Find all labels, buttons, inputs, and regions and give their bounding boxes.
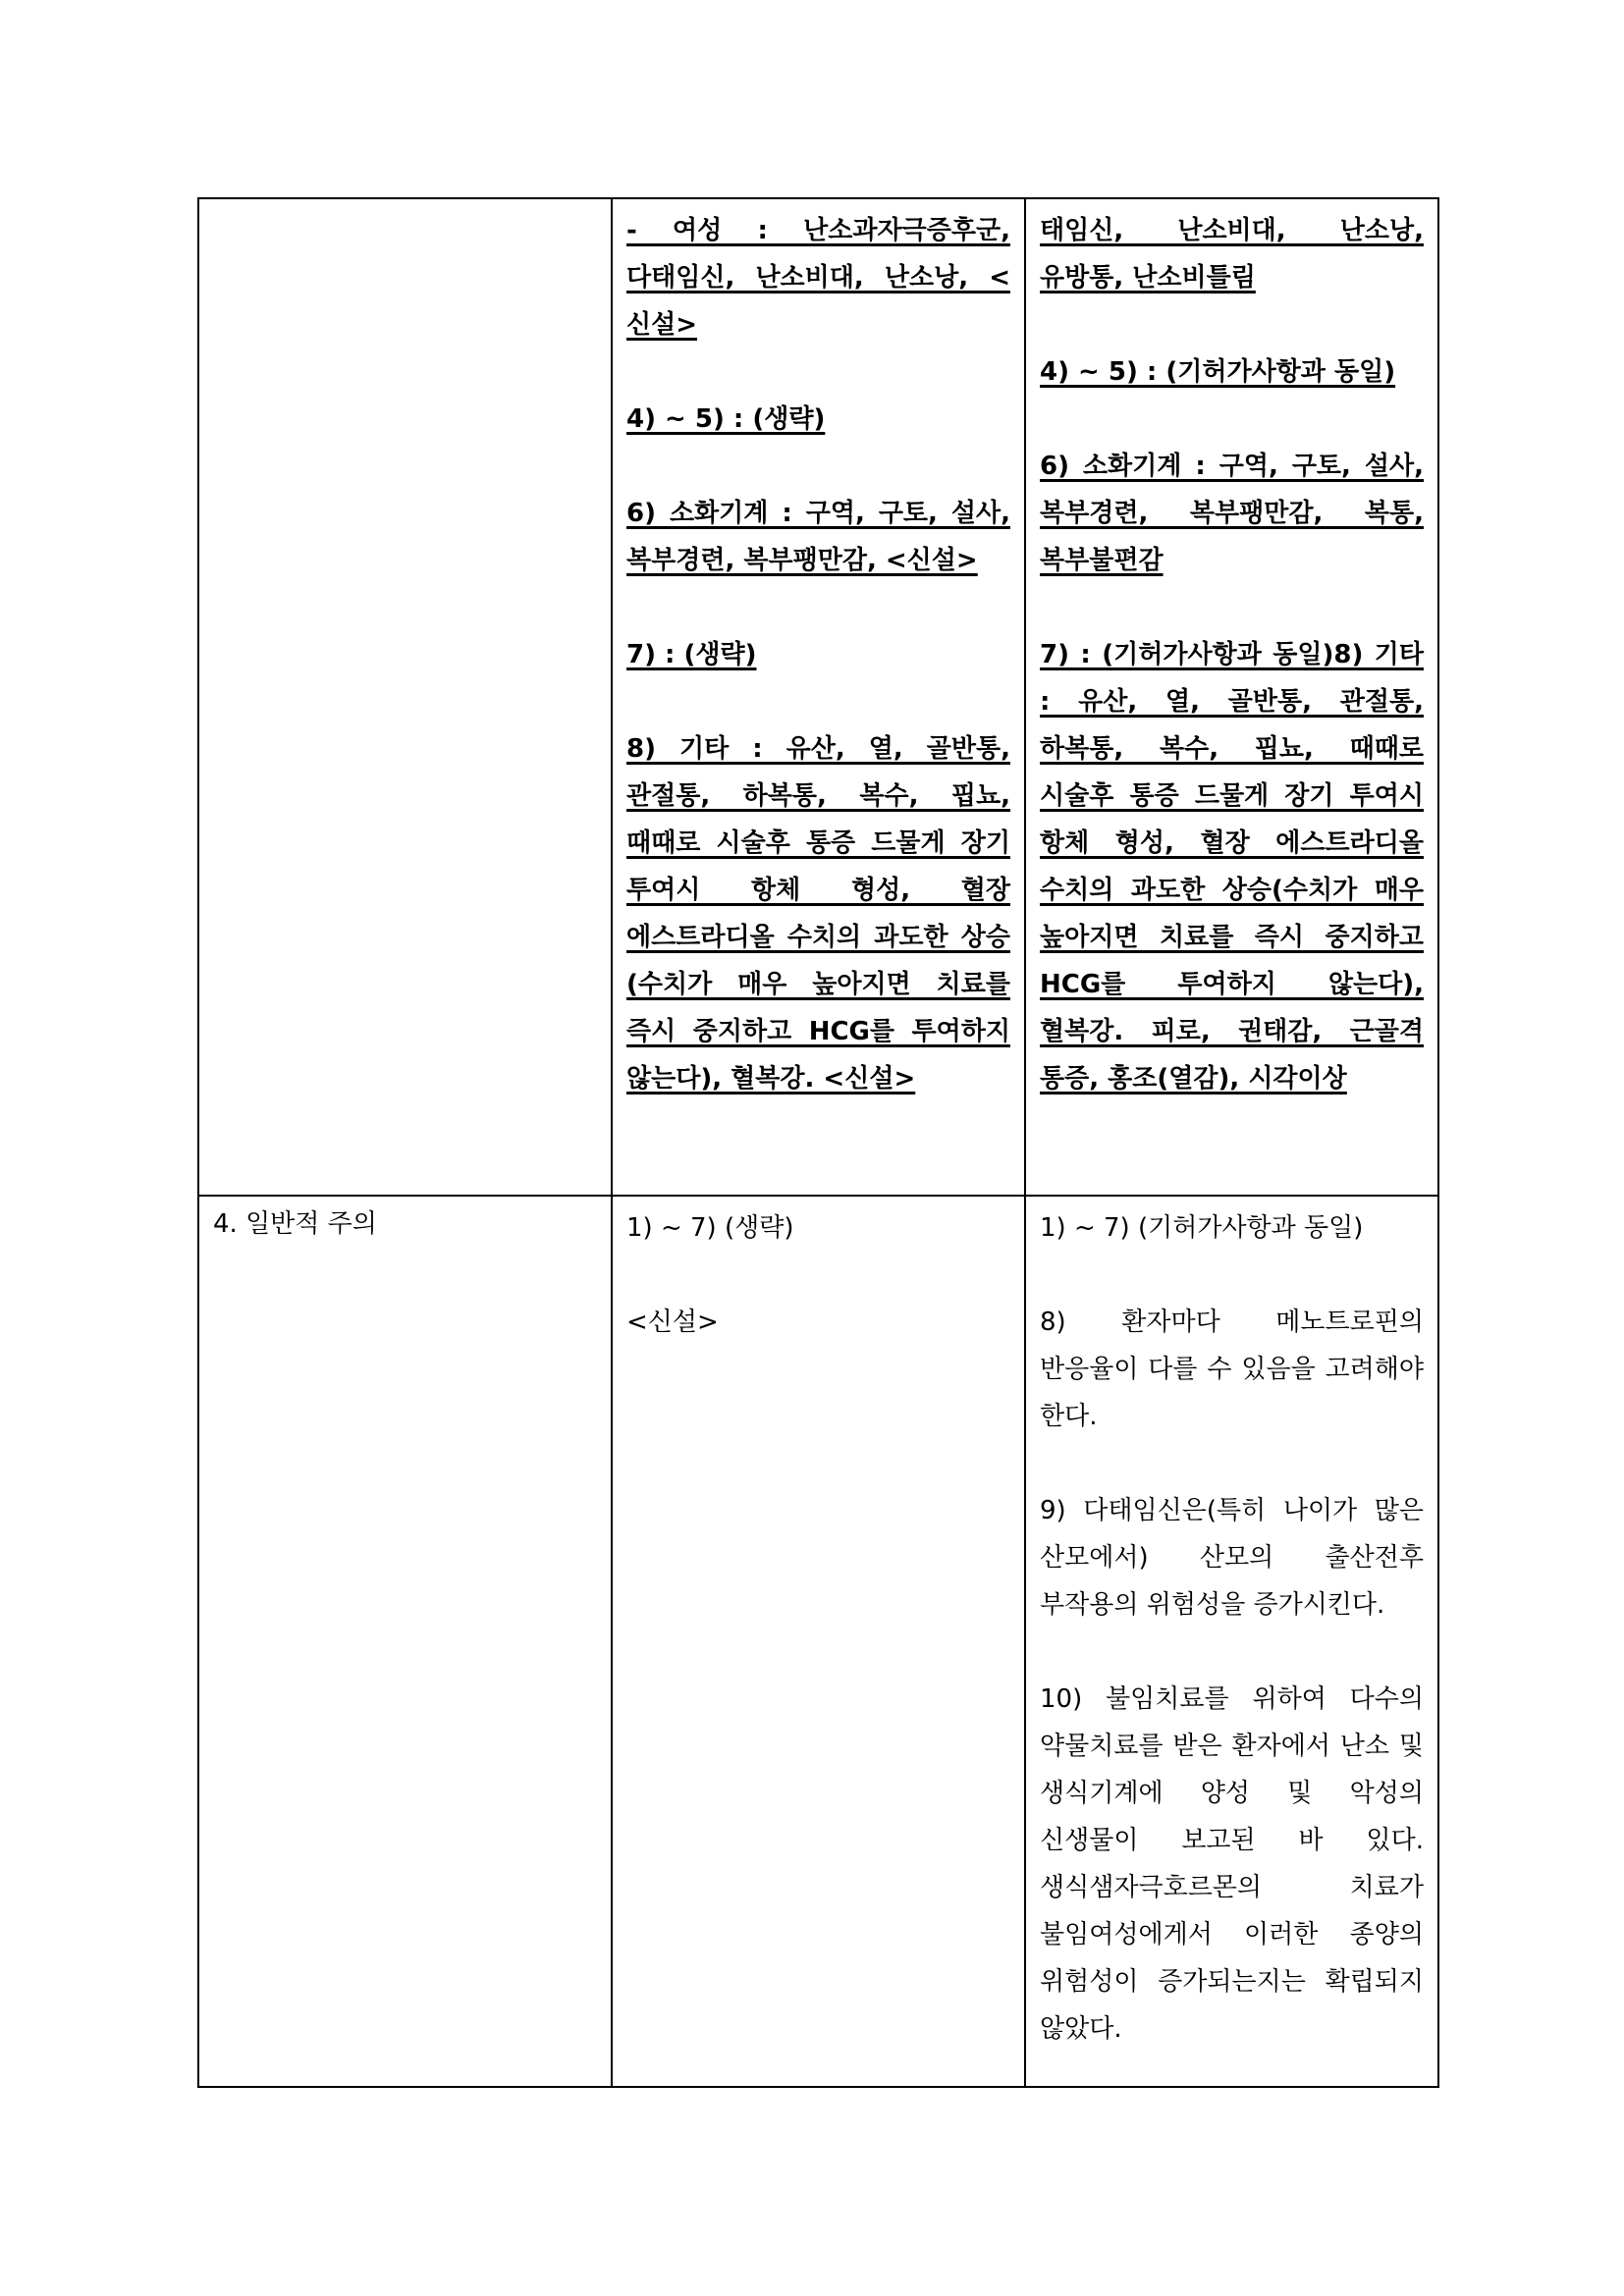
paragraph: 1) ~ 7) (생략) — [626, 1204, 1010, 1252]
table-row: 4. 일반적 주의 1) ~ 7) (생략) <신설> 1) ~ 7) (기허가… — [198, 1196, 1438, 2087]
amended-paragraph: 4) ~ 5) : (기허가사항과 동일) — [1040, 348, 1424, 396]
amended-paragraph: 4) ~ 5) : (생략) — [626, 396, 1010, 443]
amended-paragraph: 7) : (기허가사항과 동일)8) 기타 : 유산, 열, 골반통, 관절통,… — [1040, 631, 1424, 1102]
current-text-cell: - 여성 : 난소과자극증후군, 다태임신, 난소비대, 난소낭, <신설> 4… — [612, 198, 1025, 1196]
amended-paragraph: - 여성 : 난소과자극증후군, 다태임신, 난소비대, 난소낭, <신설> — [626, 207, 1010, 348]
section-label-cell: 4. 일반적 주의 — [198, 1196, 612, 2087]
section-label-cell — [198, 198, 612, 1196]
table-row: - 여성 : 난소과자극증후군, 다태임신, 난소비대, 난소낭, <신설> 4… — [198, 198, 1438, 1196]
amended-paragraph: 6) 소화기계 : 구역, 구토, 설사, 복부경련, 복부팽만감, 복통, 복… — [1040, 443, 1424, 584]
current-text-cell: 1) ~ 7) (생략) <신설> — [612, 1196, 1025, 2087]
paragraph: 9) 다태임신은(특히 나이가 많은 산모에서) 산모의 출산전후 부작용의 위… — [1040, 1487, 1424, 1629]
paragraph: <신설> — [626, 1299, 1010, 1346]
paragraph: 8) 환자마다 메노트로핀의 반응율이 다를 수 있음을 고려해야 한다. — [1040, 1299, 1424, 1440]
amended-paragraph: 태임신, 난소비대, 난소낭, 유방통, 난소비틀림 — [1040, 207, 1424, 301]
revised-text-cell: 1) ~ 7) (기허가사항과 동일) 8) 환자마다 메노트로핀의 반응율이 … — [1025, 1196, 1438, 2087]
section-label: 4. 일반적 주의 — [213, 1204, 597, 1244]
paragraph: 10) 불임치료를 위하여 다수의 약물치료를 받은 환자에서 난소 및 생식기… — [1040, 1676, 1424, 2053]
paragraph: 1) ~ 7) (기허가사항과 동일) — [1040, 1204, 1424, 1252]
document-page: - 여성 : 난소과자극증후군, 다태임신, 난소비대, 난소낭, <신설> 4… — [0, 0, 1624, 2296]
amended-paragraph: 6) 소화기계 : 구역, 구토, 설사, 복부경련, 복부팽만감, <신설> — [626, 490, 1010, 584]
amended-paragraph: 8) 기타 : 유산, 열, 골반통, 관절통, 하복통, 복수, 핍뇨, 때때… — [626, 725, 1010, 1102]
amended-paragraph: 7) : (생략) — [626, 631, 1010, 678]
comparison-table: - 여성 : 난소과자극증후군, 다태임신, 난소비대, 난소낭, <신설> 4… — [197, 197, 1439, 2088]
revised-text-cell: 태임신, 난소비대, 난소낭, 유방통, 난소비틀림 4) ~ 5) : (기허… — [1025, 198, 1438, 1196]
